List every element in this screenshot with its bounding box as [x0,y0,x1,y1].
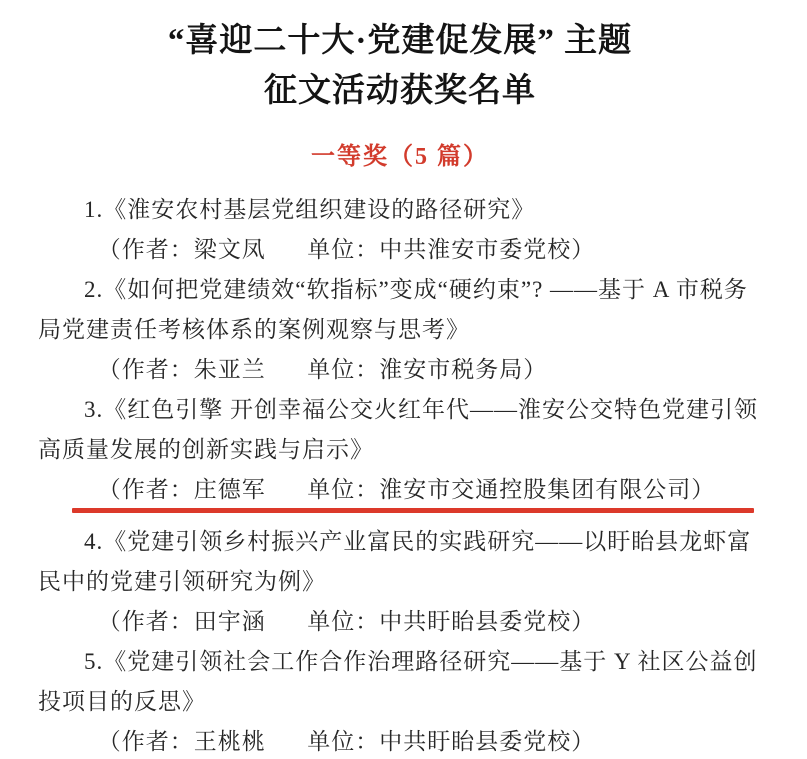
entry-title: 4.《党建引领乡村振兴产业富民的实践研究——以盱眙县龙虾富民中的党建引领研究为例… [38,522,762,602]
unit-name: 中共盱眙县委党校 [379,609,571,634]
entry-title: 5.《党建引领社会工作合作治理路径研究——基于 Y 社区公益创投项目的反思》 [38,642,762,722]
unit-label: 单位： [307,477,379,502]
entry-title: 2.《如何把党建绩效“软指标”变成“硬约束”? ——基于 A 市税务局党建责任考… [38,270,762,350]
award-entry-5: 5.《党建引领社会工作合作治理路径研究——基于 Y 社区公益创投项目的反思》 （… [38,642,762,759]
author-name: 庄德军 [194,477,266,502]
page-title-line1: “喜迎二十大·党建促发展” 主题 [38,16,762,66]
unit-name: 淮安市交通控股集团有限公司 [379,477,691,502]
author-open-label: （作者： [98,477,194,502]
author-open-label: （作者： [98,609,194,634]
award-entry-4: 4.《党建引领乡村振兴产业富民的实践研究——以盱眙县龙虾富民中的党建引领研究为例… [38,522,762,642]
red-highlight-underline [72,508,754,513]
entry-title-text: 《淮安农村基层党组织建设的路径研究》 [103,197,535,222]
author-open-label: （作者： [98,357,194,382]
unit-label: 单位： [307,609,379,634]
page-title-line2: 征文活动获奖名单 [38,66,762,116]
author-open-label: （作者： [98,237,194,262]
entry-author-line: （作者：朱亚兰单位：淮安市税务局） [38,350,762,390]
entry-author-line: （作者：田宇涵单位：中共盱眙县委党校） [38,602,762,642]
award-entry-1: 1.《淮安农村基层党组织建设的路径研究》 （作者：梁文凤单位：中共淮安市委党校） [38,190,762,270]
close-paren: ） [691,477,715,502]
author-name: 梁文凤 [194,237,266,262]
document-page: “喜迎二十大·党建促发展” 主题 征文活动获奖名单 一等奖（5 篇） 1.《淮安… [0,0,807,759]
entry-number: 5. [84,649,103,674]
entry-title: 1.《淮安农村基层党组织建设的路径研究》 [38,190,762,230]
award-entries-list: 1.《淮安农村基层党组织建设的路径研究》 （作者：梁文凤单位：中共淮安市委党校）… [38,190,762,759]
award-entry-2: 2.《如何把党建绩效“软指标”变成“硬约束”? ——基于 A 市税务局党建责任考… [38,270,762,390]
entry-number: 2. [84,277,103,302]
close-paren: ） [523,357,547,382]
unit-label: 单位： [307,729,379,754]
entry-author-line: （作者：王桃桃单位：中共盱眙县委党校） [38,722,762,759]
unit-label: 单位： [307,237,379,262]
entry-title-text: 《如何把党建绩效“软指标”变成“硬约束”? ——基于 A 市税务局党建责任考核体… [38,277,748,342]
entry-title-text: 《红色引擎 开创幸福公交火红年代——淮安公交特色党建引领高质量发展的创新实践与启… [38,397,758,462]
unit-label: 单位： [307,357,379,382]
entry-title-text: 《党建引领乡村振兴产业富民的实践研究——以盱眙县龙虾富民中的党建引领研究为例》 [38,529,751,594]
entry-author-line: （作者：梁文凤单位：中共淮安市委党校） [38,230,762,270]
author-open-label: （作者： [98,729,194,754]
entry-title: 3.《红色引擎 开创幸福公交火红年代——淮安公交特色党建引领高质量发展的创新实践… [38,390,762,470]
unit-name: 中共淮安市委党校 [379,237,571,262]
section-heading-first-prize: 一等奖（5 篇） [38,142,762,172]
entry-number: 1. [84,197,103,222]
unit-name: 中共盱眙县委党校 [379,729,571,754]
author-name: 王桃桃 [194,729,266,754]
close-paren: ） [571,609,595,634]
entry-title-text: 《党建引领社会工作合作治理路径研究——基于 Y 社区公益创投项目的反思》 [38,649,758,714]
entry-number: 4. [84,529,103,554]
author-name: 田宇涵 [194,609,266,634]
close-paren: ） [571,729,595,754]
award-entry-3: 3.《红色引擎 开创幸福公交火红年代——淮安公交特色党建引领高质量发展的创新实践… [38,390,762,510]
close-paren: ） [571,237,595,262]
unit-name: 淮安市税务局 [379,357,523,382]
entry-author-line-highlighted: （作者：庄德军单位：淮安市交通控股集团有限公司） [38,470,762,510]
entry-number: 3. [84,397,103,422]
author-name: 朱亚兰 [194,357,266,382]
page-title: “喜迎二十大·党建促发展” 主题 征文活动获奖名单 [38,16,762,116]
